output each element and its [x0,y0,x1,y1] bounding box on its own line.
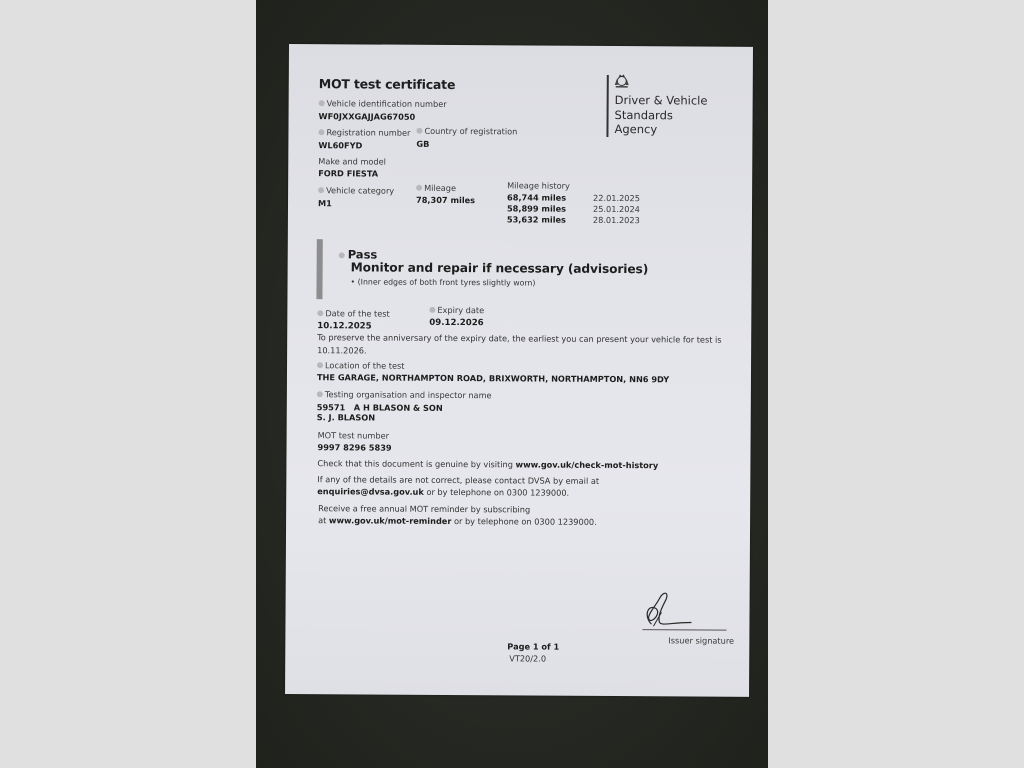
issuer-signature-label: Issuer signature [668,635,734,645]
testing-org-label: Testing organisation and inspector name [317,389,492,400]
info-icon [318,129,324,135]
country-label: Country of registration [416,126,517,137]
result-indicator-bar [316,239,322,299]
royal-crest-icon [613,73,631,89]
reminder-details: at www.gov.uk/mot-reminder or by telepho… [318,515,597,527]
issuer-signature-mark [641,586,701,632]
agency-name: Driver & Vehicle Standards Agency [614,93,707,137]
mot-certificate-page: MOT test certificate Driver & Vehicle St… [285,44,753,697]
mileage-history-row: 53,632 miles28.01.2023 [507,214,640,225]
location-label: Location of the test [317,360,405,371]
mileage-value: 78,307 miles [416,195,475,205]
vin-label: Vehicle identification number [319,98,447,109]
anniversary-note-date: 10.11.2026. [317,345,367,355]
genuine-check-text: Check that this document is genuine by v… [317,458,658,470]
location-value: THE GARAGE, NORTHAMPTON ROAD, BRIXWORTH,… [317,372,669,384]
advisories-heading: Monitor and repair if necessary (advisor… [351,260,649,276]
mileage-history-label: Mileage history [507,180,570,190]
anniversary-note: To preserve the anniversary of the expir… [317,332,721,344]
reminder-text: Receive a free annual MOT reminder by su… [318,503,530,514]
info-icon [416,128,422,134]
info-icon [318,187,324,193]
make-model-label: Make and model [318,156,386,166]
vehicle-category-value: M1 [318,198,332,208]
test-number-value: 9997 8296 5839 [318,442,392,452]
vehicle-category-label: Vehicle category [318,185,394,195]
check-mot-history-link[interactable]: www.gov.uk/check-mot-history [516,459,659,470]
expiry-date-value: 09.12.2026 [429,318,483,328]
contact-text: If any of the details are not correct, p… [317,474,599,486]
dvsa-email-link[interactable]: enquiries@dvsa.gov.uk [317,486,424,497]
expiry-date-label: Expiry date [429,305,484,315]
test-date-label: Date of the test [317,308,389,318]
info-icon [317,362,323,368]
page-number: Page 1 of 1 [507,641,559,651]
registration-value: WL60FYD [318,140,362,150]
info-icon [429,307,435,313]
logo-divider [606,75,608,137]
info-icon [317,310,323,316]
form-code: VT20/2.0 [509,653,546,663]
info-icon [317,391,323,397]
mileage-history-row: 58,899 miles25.01.2024 [507,203,640,214]
country-value: GB [416,139,429,149]
contact-details: enquiries@dvsa.gov.uk or by telephone on… [317,486,569,498]
make-model-value: FORD FIESTA [318,168,378,178]
inspector-name: S. J. BLASON [317,412,375,422]
test-number-label: MOT test number [318,430,389,440]
test-date-value: 10.12.2025 [317,321,371,331]
mileage-label: Mileage [416,183,456,193]
mileage-history-row: 68,744 miles22.01.2025 [507,192,640,203]
info-icon [416,185,422,191]
info-icon [319,100,325,106]
info-icon [339,252,345,258]
vin-value: WF0JXXGAJJAG67050 [319,111,416,122]
advisory-item: • (Inner edges of both front tyres sligh… [351,277,536,287]
mot-reminder-link[interactable]: www.gov.uk/mot-reminder [329,515,452,526]
registration-label: Registration number [318,127,410,138]
page-title: MOT test certificate [319,76,456,92]
